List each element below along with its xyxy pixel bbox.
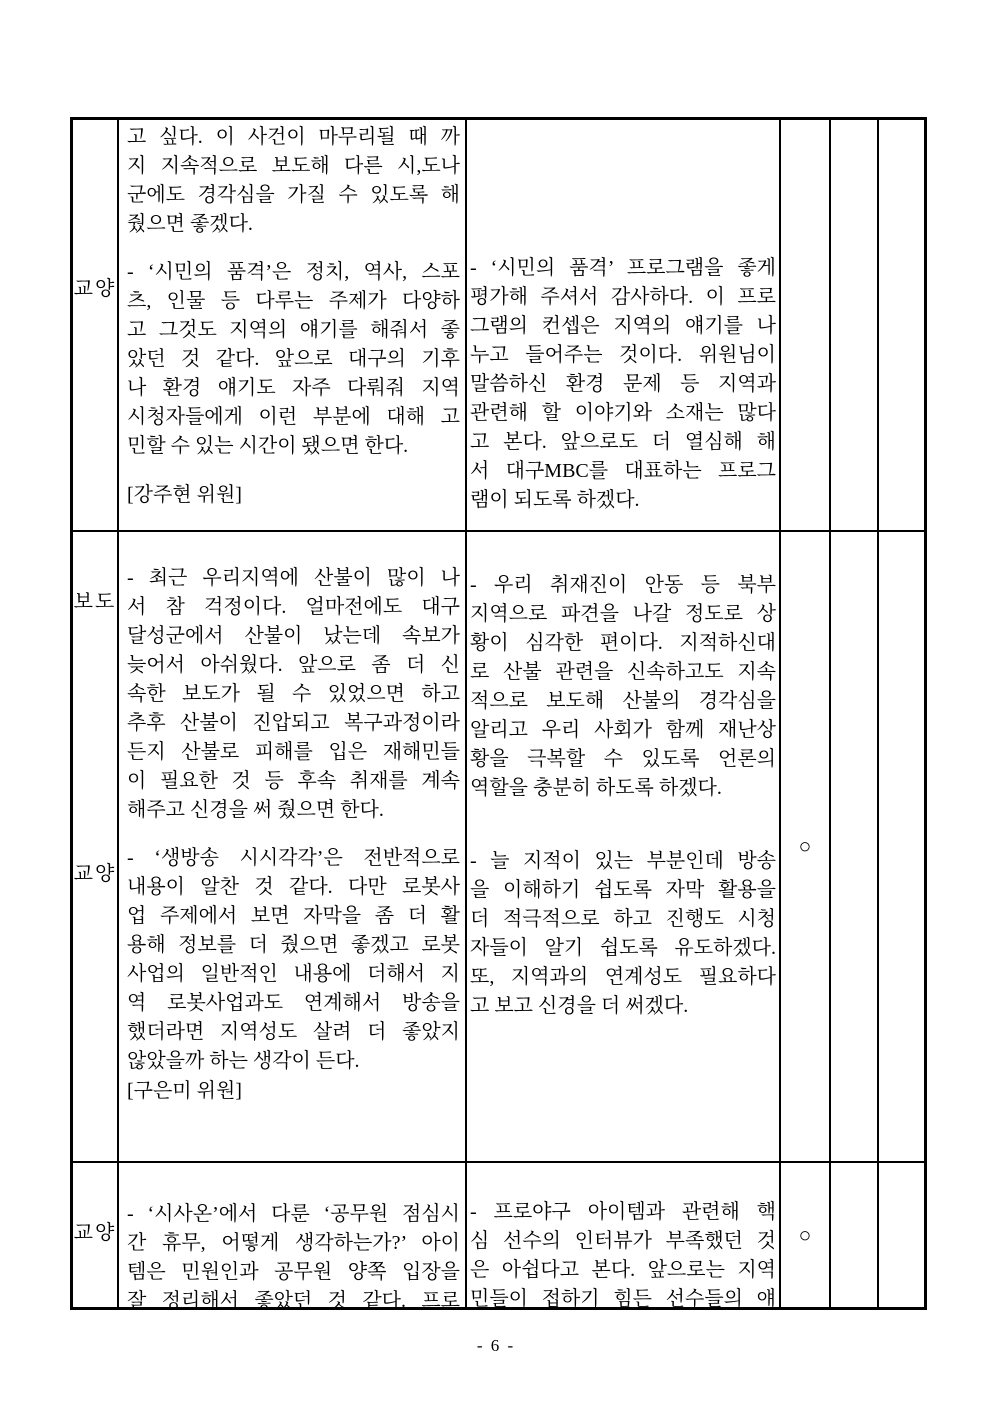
category-label: 교양	[73, 278, 117, 300]
text-line: 민할 수 있는 시간이 됐으면 한다.	[127, 432, 460, 461]
mark-cell	[879, 532, 924, 1163]
text-line: 고 싶다. 이 사건이 마무리될 때 까	[127, 123, 460, 152]
paragraph: [강주현 위원]	[127, 481, 460, 510]
text-line: 역할을 충분히 하도록 하겠다.	[470, 774, 776, 803]
text-line: 황을 극복할 수 있도록 언론의	[470, 745, 776, 774]
text-line: 사업의 일반적인 내용에 더해서 지	[127, 960, 460, 989]
response-cell: - ‘시민의 품격’ 프로그램을 좋게평가해 주셔서 감사하다. 이 프로그램의…	[467, 120, 781, 532]
text-line: 서 참 걱정이다. 얼마전에도 대구	[127, 593, 460, 622]
text-line: 서 대구MBC를 대표하는 프로그	[470, 457, 776, 486]
text-line: 지역으로 파견을 나갈 정도로 상	[470, 600, 776, 629]
text-line: 내용이 알찬 것 같다. 다만 로봇사	[127, 873, 460, 902]
text-line: 든지 산불로 피해를 입은 재해민들	[127, 738, 460, 767]
text-line: 고 그것도 지역의 얘기를 해줘서 좋	[127, 316, 460, 345]
text-line: 자들이 알기 쉽도록 유도하겠다.	[470, 934, 776, 963]
text-line: 간 휴무, 어떻게 생각하는가?’ 아이	[127, 1229, 460, 1258]
text-line: 또, 지역과의 연계성도 필요하다	[470, 963, 776, 992]
mark-cell	[831, 120, 879, 532]
text-line: - 프로야구 아이템과 관련해 핵	[470, 1198, 776, 1227]
text-line: 속한 보도가 될 수 있었으면 하고	[127, 680, 460, 709]
paragraph: [구은미 위원]	[127, 1077, 460, 1106]
text-line: - ‘시민의 품격’ 프로그램을 좋게	[470, 254, 776, 283]
text-line: 그램의 컨셉은 지역의 얘기를 나	[470, 312, 776, 341]
mark-cell	[879, 1163, 924, 1307]
text-line: 했더라면 지역성도 살려 더 좋았지	[127, 1018, 460, 1047]
text-line: [강주현 위원]	[127, 481, 460, 510]
text-line: 않았을까 하는 생각이 든다.	[127, 1047, 460, 1076]
text-line: 황이 심각한 편이다. 지적하신대	[470, 629, 776, 658]
text-line: 이 필요한 것 등 후속 취재를 계속	[127, 767, 460, 796]
text-line: - 늘 지적이 있는 부분인데 방송	[470, 847, 776, 876]
text-line: 시청자들에게 이런 부분에 대해 고	[127, 403, 460, 432]
text-line: 심 선수의 인터뷰가 부족했던 것	[470, 1227, 776, 1256]
text-line: 았던 것 같다. 앞으로 대구의 기후	[127, 345, 460, 374]
text-line: 달성군에서 산불이 났는데 속보가	[127, 622, 460, 651]
mark-cell	[879, 120, 924, 532]
category-label: 보도	[73, 591, 117, 613]
text-line: 램이 되도록 하겠다.	[470, 486, 776, 515]
text-line: - ‘생방송 시시각각’은 전반적으로	[127, 844, 460, 873]
mark-cell: ○	[781, 1163, 831, 1307]
response-cell: - 우리 취재진이 안동 등 북부지역으로 파견을 나갈 정도로 상황이 심각한…	[467, 532, 781, 1163]
text-line: 템은 민원인과 공무원 양쪽 입장을	[127, 1258, 460, 1287]
opinion-cell: - 최근 우리지역에 산불이 많이 나서 참 걱정이다. 얼마전에도 대구달성군…	[119, 532, 467, 1163]
opinion-cell: 고 싶다. 이 사건이 마무리될 때 까지 지속적으로 보도해 다른 시,도나군…	[119, 120, 467, 532]
text-line: 더 적극적으로 하고 진행도 시청	[470, 905, 776, 934]
paragraph: - 프로야구 아이템과 관련해 핵심 선수의 인터뷰가 부족했던 것은 아쉽다고…	[470, 1198, 776, 1307]
review-table: 교양고 싶다. 이 사건이 마무리될 때 까지 지속적으로 보도해 다른 시,도…	[70, 117, 927, 1310]
mark-cell	[831, 1163, 879, 1307]
text-line: 군에도 경각심을 가질 수 있도록 해	[127, 181, 460, 210]
text-line: 지 지속적으로 보도해 다른 시,도나	[127, 152, 460, 181]
text-line: 로 산불 관련을 신속하고도 지속	[470, 658, 776, 687]
paragraph: - 늘 지적이 있는 부분인데 방송을 이해하기 쉽도록 자막 활용을더 적극적…	[470, 847, 776, 1021]
mark-cell: ○	[781, 532, 831, 1163]
text-line: 적으로 보도해 산불의 경각심을	[470, 687, 776, 716]
text-line: 고 본다. 앞으로도 더 열심해 해	[470, 428, 776, 457]
text-line: 은 아쉽다고 본다. 앞으로는 지역	[470, 1256, 776, 1285]
text-line: 고 보고 신경을 더 써겠다.	[470, 992, 776, 1021]
text-line: 츠, 인물 등 다루는 주제가 다양하	[127, 287, 460, 316]
text-line: 늦어서 아쉬웠다. 앞으로 좀 더 신	[127, 651, 460, 680]
text-line: 나 환경 얘기도 자주 다뤄줘 지역	[127, 374, 460, 403]
response-cell: - 프로야구 아이템과 관련해 핵심 선수의 인터뷰가 부족했던 것은 아쉽다고…	[467, 1163, 781, 1307]
category-label: 교양	[73, 863, 117, 885]
text-line: - 최근 우리지역에 산불이 많이 나	[127, 564, 460, 593]
paragraph: - ‘시사온’에서 다룬 ‘공무원 점심시간 휴무, 어떻게 생각하는가?’ 아…	[127, 1200, 460, 1307]
paragraph: - 우리 취재진이 안동 등 북부지역으로 파견을 나갈 정도로 상황이 심각한…	[470, 571, 776, 803]
text-line: 알리고 우리 사회가 함께 재난상	[470, 716, 776, 745]
text-line: 민들이 접하기 힘든 선수들의 얘	[470, 1285, 776, 1307]
category-label: 교양	[73, 1222, 117, 1244]
mark-cell	[831, 532, 879, 1163]
paragraph: - 최근 우리지역에 산불이 많이 나서 참 걱정이다. 얼마전에도 대구달성군…	[127, 564, 460, 825]
category-cell: 교양	[73, 120, 119, 532]
text-line: 누고 들어주는 것이다. 위원님이	[470, 341, 776, 370]
text-line: 말씀하신 환경 문제 등 지역과	[470, 370, 776, 399]
category-cell: 보도교양	[73, 532, 119, 1163]
text-line: 줬으면 좋겠다.	[127, 210, 460, 239]
document-page: 교양고 싶다. 이 사건이 마무리될 때 까지 지속적으로 보도해 다른 시,도…	[0, 0, 992, 1403]
mark-cell	[781, 120, 831, 532]
text-line: 업 주제에서 보면 자막을 좀 더 활	[127, 902, 460, 931]
text-line: - ‘시민의 품격’은 정치, 역사, 스포	[127, 258, 460, 287]
text-line: 잘 정리해서 좋았던 것 같다. 프로	[127, 1287, 460, 1307]
text-line: 을 이해하기 쉽도록 자막 활용을	[470, 876, 776, 905]
page-number: - 6 -	[0, 1336, 992, 1356]
paragraph: 고 싶다. 이 사건이 마무리될 때 까지 지속적으로 보도해 다른 시,도나군…	[127, 123, 460, 239]
text-line: 용해 정보를 더 줬으면 좋겠고 로봇	[127, 931, 460, 960]
circle-mark: ○	[799, 1223, 812, 1248]
paragraph: - ‘시민의 품격’은 정치, 역사, 스포츠, 인물 등 다루는 주제가 다양…	[127, 258, 460, 461]
paragraph: - ‘시민의 품격’ 프로그램을 좋게평가해 주셔서 감사하다. 이 프로그램의…	[470, 254, 776, 515]
text-line: - ‘시사온’에서 다룬 ‘공무원 점심시	[127, 1200, 460, 1229]
paragraph: - ‘생방송 시시각각’은 전반적으로내용이 알찬 것 같다. 다만 로봇사업 …	[127, 844, 460, 1076]
category-cell: 교양	[73, 1163, 119, 1307]
text-line: 추후 산불이 진압되고 복구과정이라	[127, 709, 460, 738]
text-line: 평가해 주셔서 감사하다. 이 프로	[470, 283, 776, 312]
opinion-cell: - ‘시사온’에서 다룬 ‘공무원 점심시간 휴무, 어떻게 생각하는가?’ 아…	[119, 1163, 467, 1307]
text-line: 해주고 신경을 써 줬으면 한다.	[127, 796, 460, 825]
text-line: 역 로봇사업과도 연계해서 방송을	[127, 989, 460, 1018]
circle-mark: ○	[799, 834, 812, 859]
text-line: [구은미 위원]	[127, 1077, 460, 1106]
text-line: - 우리 취재진이 안동 등 북부	[470, 571, 776, 600]
text-line: 관련해 할 이야기와 소재는 많다	[470, 399, 776, 428]
